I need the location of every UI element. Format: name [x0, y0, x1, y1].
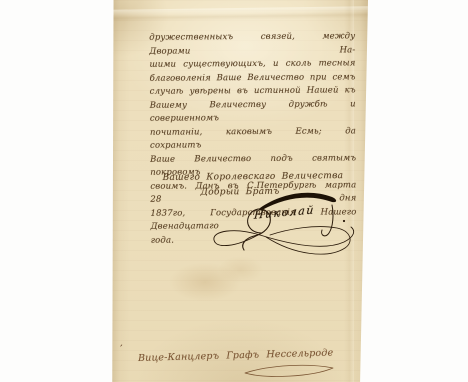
- countersignature-flourish: [240, 362, 340, 380]
- handwriting-line: дружественныхъ связей, между Дворами На-: [149, 30, 355, 58]
- paper-fold-crease-top: [112, 6, 368, 22]
- handwriting-line: шими существующихъ, и сколь тесныя: [149, 57, 355, 72]
- document-paper: дружественныхъ связей, между Дворами На-…: [112, 0, 368, 382]
- handwriting-line: случаѣ увѣрены въ истинной Нашей къ: [150, 84, 356, 99]
- handwriting-line: Вашему Величеству дружбѣ и совершенномъ: [150, 98, 356, 126]
- signature-flourish-strokes: [204, 185, 364, 265]
- signature-end-stroke: [322, 205, 333, 236]
- signature-under-flourish-1: [214, 227, 354, 246]
- handwriting-line: благоволенія Ваше Величество при семъ: [150, 71, 356, 86]
- closing-line: Вашего Королевскаго Величества: [163, 171, 344, 183]
- handwriting-line: почитаніи, каковымъ Есмь; да сохранитъ: [150, 125, 356, 153]
- photo-canvas: дружественныхъ связей, между Дворами На-…: [0, 0, 468, 382]
- royal-signature: Николай: [204, 185, 364, 265]
- signature-period-dot: [343, 220, 345, 222]
- stray-ink-mark: ’: [118, 344, 123, 354]
